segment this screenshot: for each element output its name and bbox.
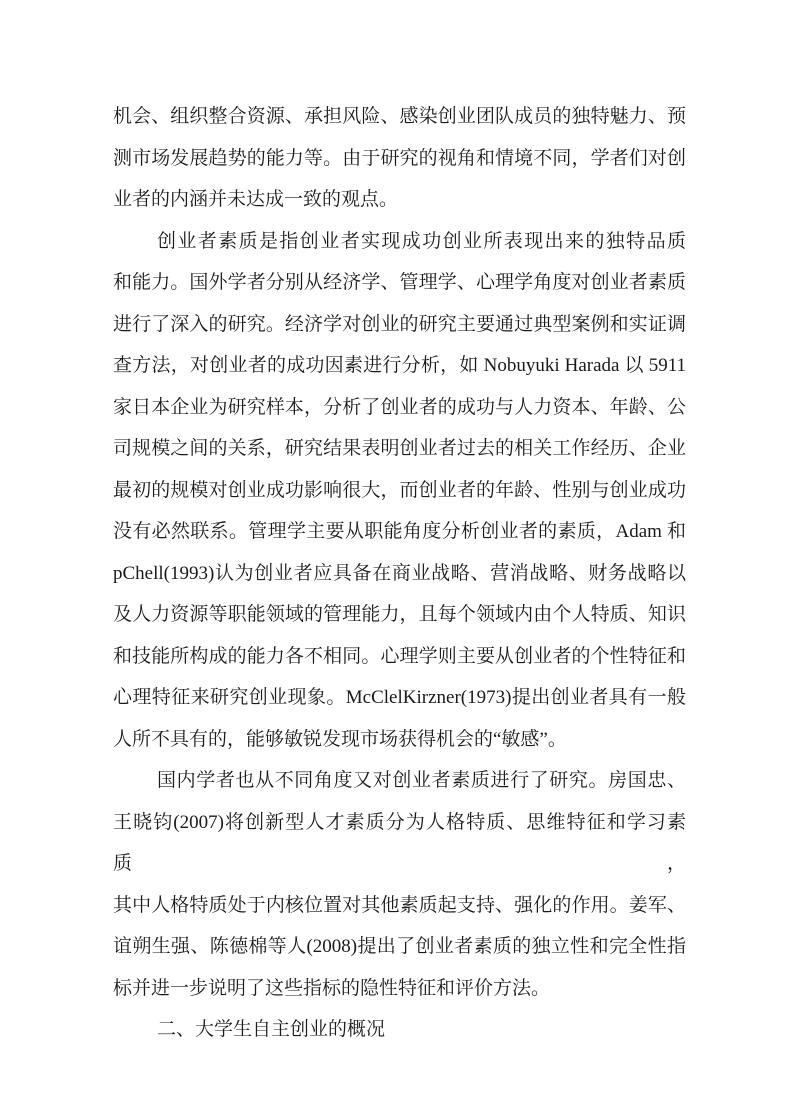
- document-body: 机会、组织整合资源、承担风险、感染创业团队成员的独特魅力、预测市场发展趋势的能力…: [113, 96, 686, 1051]
- text-line: 谊朔生强、陈德棉等人(2008)提出了创业者素质的独立性和完全性指: [113, 926, 686, 968]
- text-line: 及人力资源等职能领域的管理能力，且每个领域内由个人特质、知识: [113, 594, 686, 636]
- text-line: pChell(1993)认为创业者应具备在商业战略、营消战略、财务战略以: [113, 553, 686, 595]
- text-line: 查方法，对创业者的成功因素进行分析，如 Nobuyuki Harada 以 59…: [113, 345, 686, 387]
- text-line: 测市场发展趋势的能力等。由于研究的视角和情境不同，学者们对创: [113, 138, 686, 180]
- text-line: 人所不具有的，能够敏锐发现市场获得机会的“敏感”。: [113, 719, 686, 761]
- text-line: 机会、组织整合资源、承担风险、感染创业团队成员的独特魅力、预: [113, 96, 686, 138]
- document-page: 机会、组织整合资源、承担风险、感染创业团队成员的独特魅力、预测市场发展趋势的能力…: [0, 0, 792, 1120]
- text-line: 王晓钧(2007)将创新型人才素质分为人格特质、思维特征和学习素质，: [113, 802, 686, 885]
- text-line: 最初的规模对创业成功影响很大，而创业者的年龄、性别与创业成功: [113, 470, 686, 512]
- text-line: 业者的内涵并未达成一致的观点。: [113, 179, 686, 221]
- text-line: 没有必然联系。管理学主要从职能角度分析创业者的素质，Adam 和: [113, 511, 686, 553]
- text-line: 其中人格特质处于内核位置对其他素质起支持、强化的作用。姜军、: [113, 885, 686, 927]
- body-paragraph: 国内学者也从不同角度又对创业者素质进行了研究。房国忠、王晓钧(2007)将创新型…: [113, 760, 686, 1009]
- text-line: 和能力。国外学者分别从经济学、管理学、心理学角度对创业者素质: [113, 262, 686, 304]
- text-line: 家日本企业为研究样本，分析了创业者的成功与人力资本、年龄、公: [113, 387, 686, 429]
- text-line: 创业者素质是指创业者实现成功创业所表现出来的独特品质: [113, 221, 686, 263]
- text-line: 心理特征来研究创业现象。McClelKirzner(1973)提出创业者具有一般: [113, 677, 686, 719]
- text-line: 标并进一步说明了这些指标的隐性特征和评价方法。: [113, 968, 686, 1010]
- text-line: 国内学者也从不同角度又对创业者素质进行了研究。房国忠、: [113, 760, 686, 802]
- text-line: 司规模之间的关系，研究结果表明创业者过去的相关工作经历、企业: [113, 428, 686, 470]
- body-paragraph: 机会、组织整合资源、承担风险、感染创业团队成员的独特魅力、预测市场发展趋势的能力…: [113, 96, 686, 221]
- section-heading-paragraph: 二、大学生自主创业的概况: [113, 1009, 686, 1051]
- section-heading-line: 二、大学生自主创业的概况: [113, 1009, 686, 1051]
- text-line: 和技能所构成的能力各不相同。心理学则主要从创业者的个性特征和: [113, 636, 686, 678]
- text-line: 进行了深入的研究。经济学对创业的研究主要通过典型案例和实证调: [113, 304, 686, 346]
- body-paragraph: 创业者素质是指创业者实现成功创业所表现出来的独特品质和能力。国外学者分别从经济学…: [113, 221, 686, 761]
